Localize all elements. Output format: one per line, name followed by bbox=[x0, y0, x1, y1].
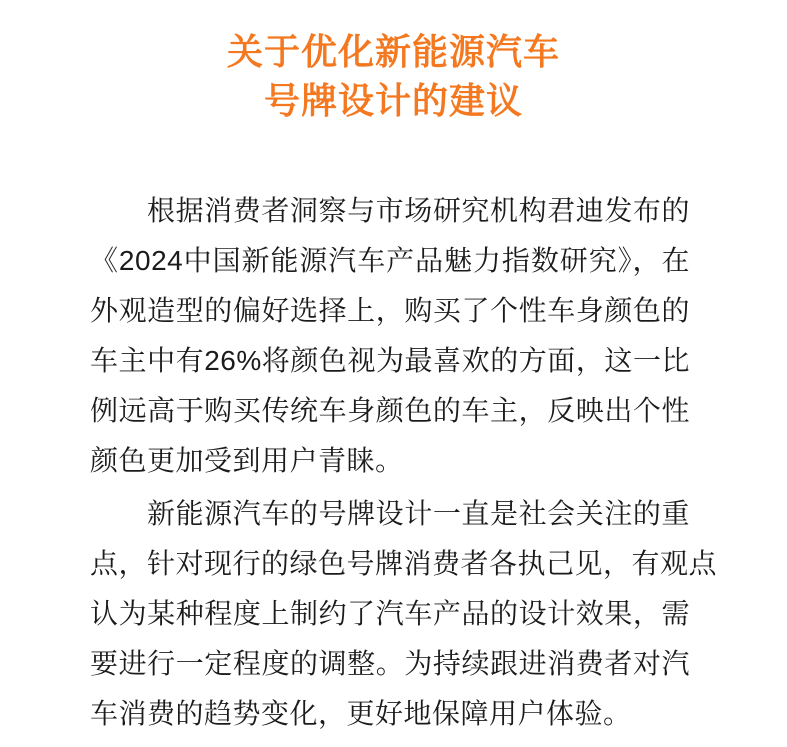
body-line: 点，针对现行的绿色号牌消费者各执己见，有观点 bbox=[90, 539, 690, 589]
title-line-1: 关于优化新能源汽车 bbox=[0, 27, 787, 76]
body-line: 要进行一定程度的调整。为持续跟进消费者对汽 bbox=[90, 639, 690, 689]
body-line: 车消费的趋势变化，更好地保障用户体验。 bbox=[90, 689, 690, 739]
body-line: 颜色更加受到用户青睐。 bbox=[90, 436, 690, 486]
title-line-2: 号牌设计的建议 bbox=[0, 76, 787, 125]
paragraph-1: 根据消费者洞察与市场研究机构君迪发布的 《2024中国新能源汽车产品魅力指数研究… bbox=[90, 186, 690, 486]
document-body: 根据消费者洞察与市场研究机构君迪发布的 《2024中国新能源汽车产品魅力指数研究… bbox=[0, 186, 787, 739]
document-page: 关于优化新能源汽车 号牌设计的建议 根据消费者洞察与市场研究机构君迪发布的 《2… bbox=[0, 0, 787, 747]
body-line: 例远高于购买传统车身颜色的车主，反映出个性 bbox=[90, 386, 690, 436]
body-line: 认为某种程度上制约了汽车产品的设计效果，需 bbox=[90, 589, 690, 639]
body-line: 外观造型的偏好选择上，购买了个性车身颜色的 bbox=[90, 286, 690, 336]
paragraph-2: 新能源汽车的号牌设计一直是社会关注的重 点，针对现行的绿色号牌消费者各执己见，有… bbox=[90, 489, 690, 739]
body-line: 根据消费者洞察与市场研究机构君迪发布的 bbox=[90, 186, 690, 236]
body-line: 《2024中国新能源汽车产品魅力指数研究》，在 bbox=[90, 236, 690, 286]
body-line: 新能源汽车的号牌设计一直是社会关注的重 bbox=[90, 489, 690, 539]
body-line: 车主中有26%将颜色视为最喜欢的方面，这一比 bbox=[90, 336, 690, 386]
page-title: 关于优化新能源汽车 号牌设计的建议 bbox=[0, 27, 787, 125]
